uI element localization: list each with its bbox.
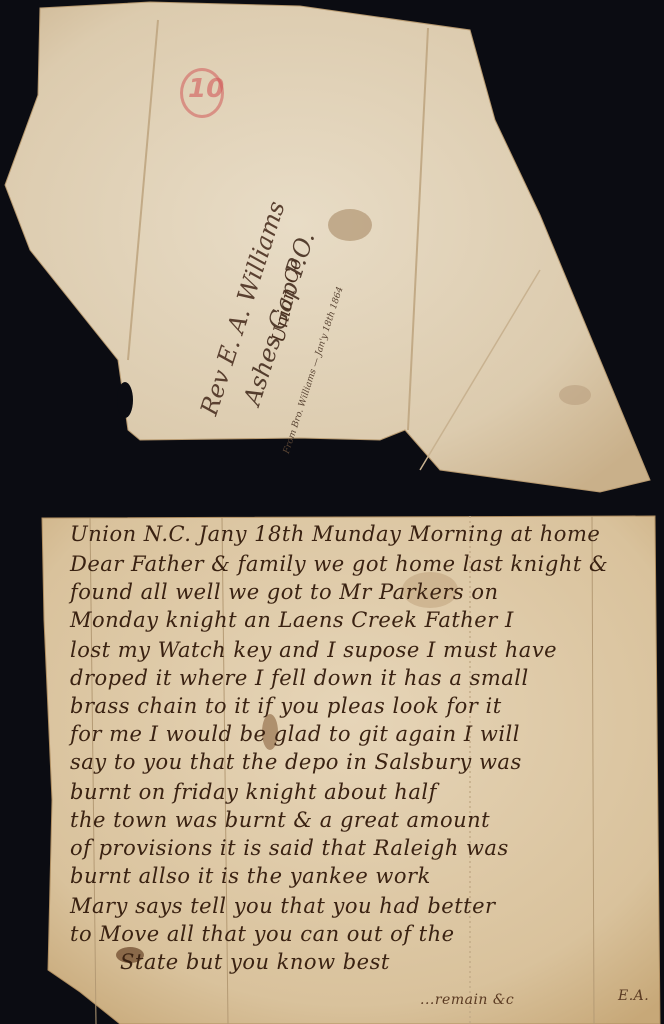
letter-line: the town was burnt & a great amount bbox=[70, 808, 490, 832]
letter-line: burnt on friday knight about half bbox=[70, 780, 437, 804]
letter-footer-fragment: ...remain &c bbox=[420, 992, 514, 1008]
letter-line: lost my Watch key and I supose I must ha… bbox=[70, 638, 557, 662]
letter-line: for me I would be glad to git again I wi… bbox=[70, 722, 520, 746]
letter-line: to Move all that you can out of the bbox=[70, 922, 455, 946]
postmark-number: 10 bbox=[188, 74, 224, 104]
letter-line: found all well we got to Mr Parkers on bbox=[70, 580, 499, 604]
letter-line: of provisions it is said that Raleigh wa… bbox=[70, 836, 509, 860]
envelope-paper bbox=[0, 0, 664, 500]
letter-line: burnt allso it is the yankee work bbox=[70, 864, 431, 888]
envelope-scan: 10 Rev E. A. Williams Ashes Gap P.O. Uni… bbox=[0, 0, 664, 500]
letter-line: Dear Father & family we got home last kn… bbox=[70, 552, 608, 576]
letter-line: Mary says tell you that you had better bbox=[70, 894, 496, 918]
letter-corner-mark: E.A. bbox=[618, 988, 649, 1004]
letter-line: say to you that the depo in Salsbury was bbox=[70, 750, 522, 774]
letter-line: State but you know best bbox=[120, 950, 390, 974]
letter-scan: Union N.C. Jany 18th Munday Morning at h… bbox=[0, 500, 664, 1024]
letter-line: droped it where I fell down it has a sma… bbox=[70, 666, 529, 690]
letter-line: Monday knight an Laens Creek Father I bbox=[70, 608, 514, 632]
letter-line: brass chain to it if you pleas look for … bbox=[70, 694, 502, 718]
letter-line: Union N.C. Jany 18th Munday Morning at h… bbox=[70, 522, 600, 546]
